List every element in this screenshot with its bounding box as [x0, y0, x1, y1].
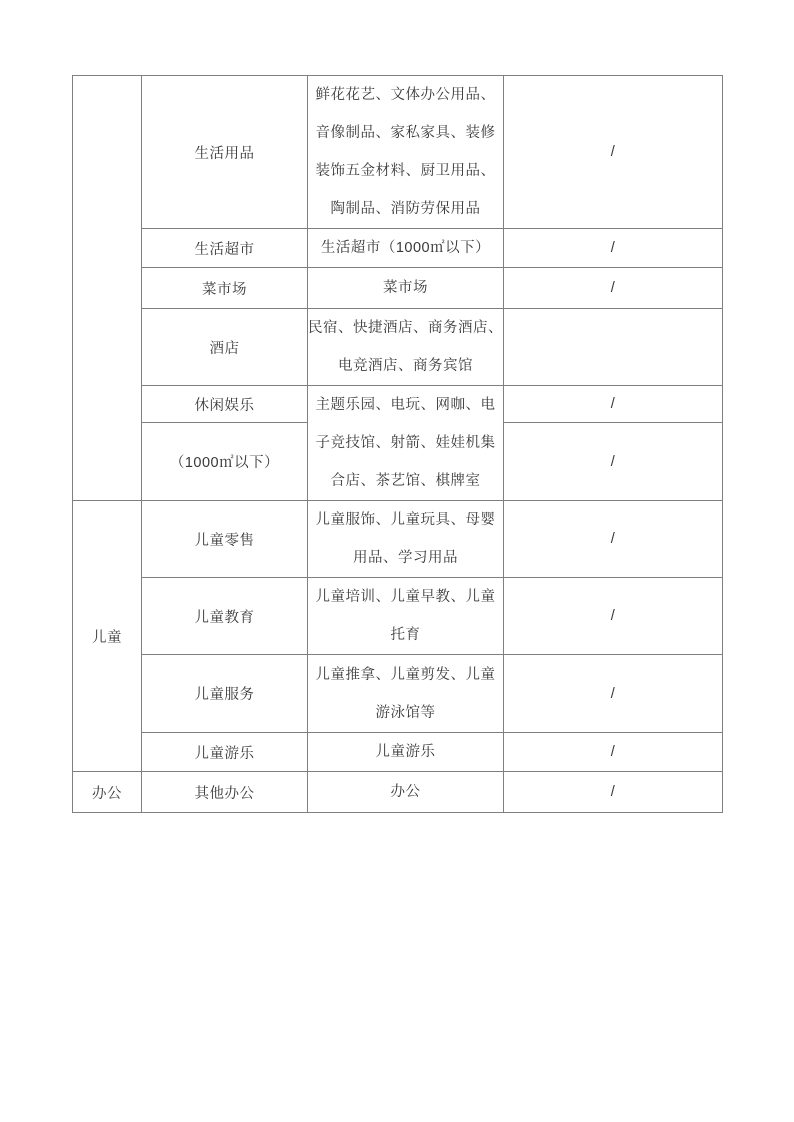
cell-mark: /: [504, 655, 723, 733]
cell-mark: /: [504, 76, 723, 229]
desc-line: 子竞技馆、射箭、娃娃机集: [308, 424, 503, 462]
desc-line: 菜市场: [308, 269, 503, 307]
desc-line: 游泳馆等: [308, 694, 503, 732]
cell-mark: /: [504, 423, 723, 501]
cell-subcategory: 菜市场: [142, 268, 308, 309]
desc-line: 儿童推拿、儿童剪发、儿童: [308, 656, 503, 694]
category-table: 生活用品 鲜花花艺、文体办公用品、 音像制品、家私家具、装修 装饰五金材料、厨卫…: [72, 75, 723, 813]
desc-line: 办公: [308, 773, 503, 811]
cell-subcategory: 儿童服务: [142, 655, 308, 733]
cell-subcategory: 酒店: [142, 309, 308, 386]
desc-line: 儿童游乐: [308, 733, 503, 771]
cell-mark: /: [504, 578, 723, 655]
cell-mark-empty: [504, 309, 723, 386]
desc-line: 用品、学习用品: [308, 539, 503, 577]
cell-formats: 菜市场: [308, 268, 504, 309]
cell-subcategory: 生活用品: [142, 76, 308, 229]
cell-subcategory: 儿童零售: [142, 501, 308, 578]
desc-line: 电竞酒店、商务宾馆: [308, 347, 503, 385]
table-row: 酒店 民宿、快捷酒店、商务酒店、 电竞酒店、商务宾馆: [73, 309, 723, 386]
cell-mark: /: [504, 229, 723, 268]
table-row: 儿童游乐 儿童游乐 /: [73, 733, 723, 772]
cell-mark: /: [504, 772, 723, 813]
desc-line: 儿童培训、儿童早教、儿童: [308, 578, 503, 616]
desc-line: 音像制品、家私家具、装修: [308, 114, 503, 152]
table-row: 儿童 儿童零售 儿童服饰、儿童玩具、母婴 用品、学习用品 /: [73, 501, 723, 578]
desc-line: 儿童服饰、儿童玩具、母婴: [308, 501, 503, 539]
desc-line: 陶制品、消防劳保用品: [308, 190, 503, 228]
cell-subcategory: 休闲娱乐: [142, 386, 308, 423]
table-row: 儿童服务 儿童推拿、儿童剪发、儿童 游泳馆等 /: [73, 655, 723, 733]
cell-formats: 儿童游乐: [308, 733, 504, 772]
table-row: 休闲娱乐 主题乐园、电玩、网咖、电 子竞技馆、射箭、娃娃机集 合店、茶艺馆、棋牌…: [73, 386, 723, 423]
cell-subcategory: 儿童教育: [142, 578, 308, 655]
desc-line: 装饰五金材料、厨卫用品、: [308, 152, 503, 190]
table-row: 办公 其他办公 办公 /: [73, 772, 723, 813]
cell-subcategory: 儿童游乐: [142, 733, 308, 772]
cell-subcategory: 生活超市: [142, 229, 308, 268]
desc-line: 合店、茶艺馆、棋牌室: [308, 462, 503, 500]
desc-line: 托育: [308, 616, 503, 654]
cell-subcategory: （1000㎡以下）: [142, 423, 308, 501]
table-row: 儿童教育 儿童培训、儿童早教、儿童 托育 /: [73, 578, 723, 655]
table-row: 生活用品 鲜花花艺、文体办公用品、 音像制品、家私家具、装修 装饰五金材料、厨卫…: [73, 76, 723, 229]
cell-category: 办公: [73, 772, 142, 813]
cell-formats: 儿童推拿、儿童剪发、儿童 游泳馆等: [308, 655, 504, 733]
cell-formats: 民宿、快捷酒店、商务酒店、 电竞酒店、商务宾馆: [308, 309, 504, 386]
cell-mark: /: [504, 501, 723, 578]
table-row: 菜市场 菜市场 /: [73, 268, 723, 309]
document-page: 生活用品 鲜花花艺、文体办公用品、 音像制品、家私家具、装修 装饰五金材料、厨卫…: [0, 0, 794, 1122]
cell-formats: 办公: [308, 772, 504, 813]
cell-mark: /: [504, 386, 723, 423]
desc-line: 生活超市（1000㎡以下）: [308, 229, 503, 267]
cell-mark: /: [504, 268, 723, 309]
cell-formats-merged: 主题乐园、电玩、网咖、电 子竞技馆、射箭、娃娃机集 合店、茶艺馆、棋牌室: [308, 386, 504, 501]
cell-formats: 生活超市（1000㎡以下）: [308, 229, 504, 268]
desc-line: 民宿、快捷酒店、商务酒店、: [308, 309, 503, 347]
desc-line: 鲜花花艺、文体办公用品、: [308, 76, 503, 114]
desc-line: 主题乐园、电玩、网咖、电: [308, 386, 503, 424]
table-row: 生活超市 生活超市（1000㎡以下） /: [73, 229, 723, 268]
cell-formats: 儿童培训、儿童早教、儿童 托育: [308, 578, 504, 655]
cell-mark: /: [504, 733, 723, 772]
cell-formats: 鲜花花艺、文体办公用品、 音像制品、家私家具、装修 装饰五金材料、厨卫用品、 陶…: [308, 76, 504, 229]
cell-category: 儿童: [73, 501, 142, 772]
cell-formats: 儿童服饰、儿童玩具、母婴 用品、学习用品: [308, 501, 504, 578]
cell-category-empty: [73, 76, 142, 501]
cell-subcategory: 其他办公: [142, 772, 308, 813]
